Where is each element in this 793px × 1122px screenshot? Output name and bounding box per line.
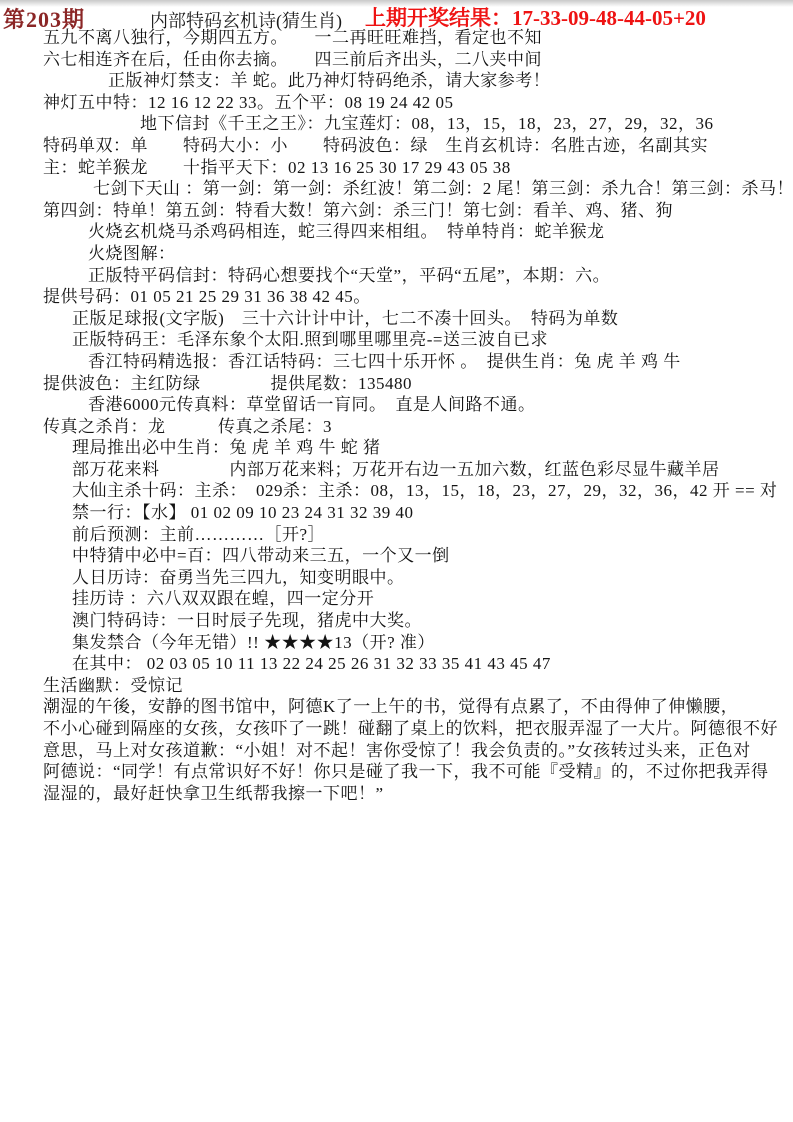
line-jifa-jinhe: 集发禁合（今年无错）!! ★★★★13（开? 准） (0, 632, 793, 654)
line-chuanzhen-shaxiao: 传真之杀肖：龙 传真之杀尾：3 (0, 416, 793, 438)
line-qijian-part1: 七剑下天山 ：第一剑：第一剑：杀红波！第二剑：2 尾！第三剑：杀九合！第三剑：杀… (0, 178, 793, 200)
line-daxian-shama: 大仙主杀十码：主杀： 029杀：主杀：08，13，15，18，23，27，29，… (0, 480, 793, 502)
line-shendeng-jinzhi: 正版神灯禁支：羊 蛇。此乃神灯特码绝杀，请大家参考！ (0, 70, 793, 92)
line-story-3: 意思，马上对女孩道歉：“小姐！对不起！害你受惊了！我会负责的。”女孩转过头来，正… (0, 740, 793, 762)
line-dixia-xinfeng: 地下信封《千王之王》：九宝莲灯：08，13，15，18，23，27，29，32，… (0, 113, 793, 135)
line-story-4: 阿德说：“同学！有点常识好不好！你只是碰了我一下，我不可能『受精』的，不过你把我… (0, 761, 793, 783)
line-wanhua-lailiao: 部万花来料 内部万花来料；万花开右边一五加六数，红蓝色彩尽显牛藏羊居 (0, 459, 793, 481)
line-zaiqizhong-numbers: 在其中： 02 03 05 10 11 13 22 24 25 26 31 32… (0, 653, 793, 675)
line-story-5: 湿湿的，最好赶快拿卫生纸帮我擦一下吧！” (0, 783, 793, 805)
line-guali-shi: 挂历诗 ：六八双双跟在蝗，四一定分开 (0, 588, 793, 610)
line-poem-1: 五九不离八独行，今期四五方。 一二再旺旺难挡，看定也不知 (0, 27, 793, 49)
line-qianhou-yuce: 前后预测：主前…………［开?］ (0, 524, 793, 546)
line-zuqiubao: 正版足球报(文字版) 三十六计计中计，七二不凑十回头。 特码为单数 (0, 308, 793, 330)
line-xiangjiang-tema: 香江特码精选报：香江话特码：三七四十乐开怀 。 提供生肖：兔 虎 羊 鸡 牛 (0, 351, 793, 373)
line-liju-shengxiao: 理局推出必中生肖：兔 虎 羊 鸡 牛 蛇 猪 (0, 437, 793, 459)
line-huoshao-xuanji: 火烧玄机烧马杀鸡码相连，蛇三得四来相组。 特单特肖：蛇羊猴龙 (0, 221, 793, 243)
line-tigong-bose: 提供波色：主红防绿 提供尾数：135480 (0, 373, 793, 395)
line-shendeng-wuzhongte: 神灯五中特：12 16 12 22 33。五个平：08 19 24 42 05 (0, 92, 793, 114)
line-story-1: 潮湿的午後，安静的图书馆中，阿德K了一上午的书，觉得有点累了，不由得伸了伸懒腰， (0, 696, 793, 718)
tip-sheet-body: 五九不离八独行，今期四五方。 一二再旺旺难挡，看定也不知 六七相连齐在后，任由你… (0, 27, 793, 804)
line-zhu-shengxiao: 主：蛇羊猴龙 十指平天下：02 13 16 25 30 17 29 43 05 … (0, 157, 793, 179)
page-header: 第203期 内部特码玄机诗(猜生肖) 上期开奖结果：17-33-09-48-44… (0, 0, 793, 30)
line-tepingma-xinfeng: 正版特平码信封：特码心想要找个“天堂”，平码“五尾”，本期：六。 (0, 265, 793, 287)
line-tema-danshuang: 特码单双：单 特码大小：小 特码波色：绿 生肖玄机诗：名胜古迹，名副其实 (0, 135, 793, 157)
line-aomen-temashi: 澳门特码诗：一日时辰子先现，猪虎中大奖。 (0, 610, 793, 632)
line-poem-2: 六七相连齐在后，任由你去摘。 四三前后齐出头，二八夹中间 (0, 49, 793, 71)
line-humor-title: 生活幽默：受惊记 (0, 675, 793, 697)
line-temawang: 正版特码王：毛泽东象个太阳.照到哪里哪里亮-=送三波自已求 (0, 329, 793, 351)
line-huoshao-tujie: 火烧图解： (0, 243, 793, 265)
line-jin-yihang: 禁一行：【水】 01 02 09 10 23 24 31 32 39 40 (0, 502, 793, 524)
line-xianggang-6000: 香港6000元传真料：草堂留话一肓同。 直是人间路不通。 (0, 394, 793, 416)
line-zhongte-caizhong: 中特猜中必中=百：四八带动来三五，一个又一倒 (0, 545, 793, 567)
line-renri-lishi: 人日历诗：奋勇当先三四九，知变明眼中。 (0, 567, 793, 589)
lottery-tip-sheet-page: 第203期 内部特码玄机诗(猜生肖) 上期开奖结果：17-33-09-48-44… (0, 0, 793, 1122)
line-tigong-haoma: 提供号码：01 05 21 25 29 31 36 38 42 45。 (0, 286, 793, 308)
line-story-2: 不小心碰到隔座的女孩，女孩吓了一跳！碰翻了桌上的饮料，把衣服弄湿了一大片。阿德很… (0, 718, 793, 740)
line-qijian-part2: 第四剑：特单！第五剑：特看大数！第六剑：杀三门！第七剑：看羊、鸡、猪、狗 (0, 200, 793, 222)
